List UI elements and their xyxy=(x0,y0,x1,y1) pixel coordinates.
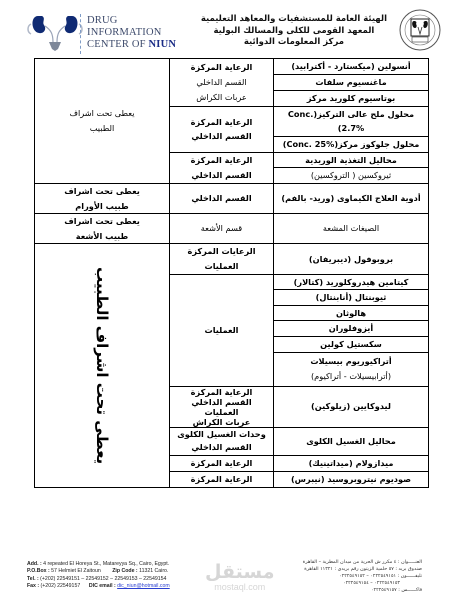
supervision-line: طبيب الأورام xyxy=(38,199,166,214)
department-cell: الرعاية المركزة xyxy=(170,455,274,471)
footer-fax-line: Fax : (+202) 22549157 DIC email : dic_ni… xyxy=(27,583,170,590)
watermark-arabic: مستقل xyxy=(205,562,275,582)
logo-accent: NIUN xyxy=(149,39,177,50)
table-row: أدوية العلاج الكيماوى (وريد- بالفم) القس… xyxy=(35,183,429,213)
logo-text: DRUG INFORMATION CENTER OF NIUN xyxy=(87,15,176,51)
email-link[interactable]: dic_niun@hotmail.com xyxy=(117,583,170,589)
supervision-line: طبيب الأشعة xyxy=(38,229,166,244)
drug-cell: صوديوم نيتروبروسيد (نيبرس) xyxy=(274,471,429,487)
footer-ar-line: صندوق بريد : ٥٧ حلمية الزيتون رقم بريدى … xyxy=(303,566,422,573)
drug-cell: ثيروكسين ( التروكسين) xyxy=(274,168,429,184)
drug-cell: أيزوفلوران xyxy=(274,321,429,337)
arabic-header-line-2: المعهد القومى للكلى والمسالك البولية xyxy=(201,26,387,38)
department-line: العمليات xyxy=(173,259,270,274)
department-cell: الرعاية المركزة القسم الداخلي xyxy=(170,106,274,152)
department-cell: الرعاية المركزة القسم الداخلي xyxy=(170,152,274,183)
zip-value: 11321 Cairo. xyxy=(138,568,169,574)
department-line: عربات الكراش xyxy=(173,90,270,105)
supervision-cell: يعطى تحت اشراف طبيب الأورام xyxy=(35,183,170,213)
drug-cell: ميدازولام (ميداتينيك) xyxy=(274,455,429,471)
supervision-line: يعطى تحت اشراف xyxy=(38,184,166,199)
table-row: الصيغات المشعة قسم الأشعة يعطى تحت اشراف… xyxy=(35,214,429,244)
footer-ar-line: تليفــــــون : ٠٢٢٢٥٤٩١٥١ – ٠٢٢٢٥٤٩١٥٢ xyxy=(303,573,422,580)
drug-cell: الصيغات المشعة xyxy=(274,214,429,244)
drug-cell: بوتاسيوم كلوريد مركز xyxy=(274,90,429,106)
department-line: الرعاية المركزة xyxy=(173,153,270,168)
footer-ar-line: ٠٢٢٢٥٤٩١٥٣ – ٠٢٢٢٥٤٩١٥٤ xyxy=(303,580,422,587)
watermark-english: mostaql.com xyxy=(205,582,275,592)
logo-line-3: CENTER OF NIUN xyxy=(87,39,176,51)
email-label: DIC email : xyxy=(89,583,116,589)
department-line: القسم الداخلي xyxy=(173,129,270,144)
footer-arabic-address: العنـــــوان : ٤ مكرر ش الحرية من ميدان … xyxy=(303,559,422,594)
department-line: وحدات الغسيل الكلوى xyxy=(173,428,270,441)
department-cell: قسم الأشعة xyxy=(170,214,274,244)
department-cell: الرعاية المركزة القسم الداخلي العمليات ع… xyxy=(170,386,274,427)
drug-cell: كيتامين هيدروكلوريد (كتالار) xyxy=(274,274,429,290)
drug-cell: أتراكيوريوم بيسيلات (أترابيسيلات - أتراك… xyxy=(274,352,429,386)
tel-label: Tel. : xyxy=(27,576,39,582)
table-row: بروبوفول (ديبريفان) الرعايات المركزة الع… xyxy=(35,244,429,274)
tel-value: (+202) 22549151 – 22549152 – 22549153 – … xyxy=(39,576,167,582)
supervision-cell: يعطى تحت اشراف طبيب الأشعة xyxy=(35,214,170,244)
fax-value: (+202) 22549157 xyxy=(39,583,80,589)
table-row: أنسولين (ميكستارد - أكترابيد) الرعاية ال… xyxy=(35,59,429,75)
footer-ar-line: فاكــــــس : ٠٢٢٢٥٤٩١٥٧ xyxy=(303,587,422,594)
department-line: الرعايات المركزة xyxy=(173,244,270,259)
document-header: DRUG INFORMATION CENTER OF NIUN الهيئة ا… xyxy=(0,0,465,56)
footer-address-line: Add. : 4 repeated El Horeya St., Matarey… xyxy=(27,561,170,568)
drug-cell: أدوية العلاج الكيماوى (وريد- بالفم) xyxy=(274,183,429,213)
footer-pobox-line: P.O.Box : 57 Helmiet El Zaitoun Zip Code… xyxy=(27,568,170,575)
pobox-label: P.O.Box : xyxy=(27,568,50,574)
drug-cell: هالوثان xyxy=(274,305,429,321)
department-cell: القسم الداخلي xyxy=(170,183,274,213)
drug-cell: محلول جلوكوز مركز(Conc. 25%) xyxy=(274,136,429,152)
supervision-vertical-text: يعطى تحت اشراف الطبيب xyxy=(92,267,112,464)
logo-line-3-text: CENTER OF xyxy=(87,39,149,50)
department-cell: العمليات xyxy=(170,274,274,386)
department-line: عربات الكراش xyxy=(173,417,270,427)
logo-divider xyxy=(80,14,81,54)
mostaql-watermark: مستقل mostaql.com xyxy=(205,562,275,592)
department-cell: الرعايات المركزة العمليات xyxy=(170,244,274,274)
department-line: القسم الداخلي xyxy=(173,168,270,183)
department-line: القسم الداخلي xyxy=(173,75,270,90)
drug-cell: ثيوبنتال (أنابنتال) xyxy=(274,290,429,306)
drug-cell: محلول ملح عالى التركيز(Conc. 2.7%) xyxy=(274,106,429,136)
footer-english-address: Add. : 4 repeated El Horeya St., Matarey… xyxy=(27,561,170,590)
logo-line-2: INFORMATION xyxy=(87,27,176,39)
drug-line: أتراكيوريوم بيسيلات xyxy=(277,354,425,369)
address-value: 4 repeated El Horeya St., Matareyya Sq.,… xyxy=(42,561,169,567)
drug-cell: ماغنسيوم سلفات xyxy=(274,75,429,91)
institute-seal-icon xyxy=(398,8,442,52)
department-line: العمليات xyxy=(173,407,270,417)
supervision-line: الطبيب xyxy=(38,121,166,136)
logo-line-1: DRUG xyxy=(87,15,176,27)
footer-tel-line: Tel. : (+202) 22549151 – 22549152 – 2254… xyxy=(27,576,170,583)
department-line: القسم الداخلي xyxy=(173,397,270,407)
drug-cell: بروبوفول (ديبريفان) xyxy=(274,244,429,274)
drug-cell: محاليل التغذية الوريدية xyxy=(274,152,429,168)
supervision-cell-vertical: يعطى تحت اشراف الطبيب xyxy=(35,244,170,487)
drug-line: (أترابيسيلات - أتراكيوم) xyxy=(277,369,425,384)
arabic-header-line-3: مركز المعلومات الدوائية xyxy=(201,37,387,49)
footer-ar-line: العنـــــوان : ٤ مكرر ش الحرية من ميدان … xyxy=(303,559,422,566)
arabic-header-line-1: الهيئة العامة للمستشفيات والمعاهد التعلي… xyxy=(201,14,387,26)
zip-label: Zip Code : xyxy=(112,568,137,574)
department-cell: الرعاية المركزة القسم الداخلي عربات الكر… xyxy=(170,59,274,107)
drug-cell: أنسولين (ميكستارد - أكترابيد) xyxy=(274,59,429,75)
kidney-logo-icon xyxy=(25,12,85,52)
high-alert-drugs-table: أنسولين (ميكستارد - أكترابيد) الرعاية ال… xyxy=(34,58,429,488)
pobox-value: 57 Helmiet El Zaitoun xyxy=(50,568,101,574)
department-line: القسم الداخلي xyxy=(173,441,270,454)
drug-cell: سكستيل كولين xyxy=(274,336,429,352)
supervision-line: يعطى تحت اشراف xyxy=(38,106,166,121)
department-line: الرعاية المركزة xyxy=(173,115,270,130)
department-cell: وحدات الغسيل الكلوى القسم الداخلي xyxy=(170,427,274,455)
fax-label: Fax : xyxy=(27,583,39,589)
department-line: الرعاية المركزة xyxy=(173,60,270,75)
department-line: الرعاية المركزة xyxy=(173,387,270,397)
supervision-line: يعطى تحت اشراف xyxy=(38,214,166,229)
drug-cell: ليدوكايين (زيلوكين) xyxy=(274,386,429,427)
arabic-header: الهيئة العامة للمستشفيات والمعاهد التعلي… xyxy=(201,14,387,49)
drug-cell: محاليل الغسيل الكلوى xyxy=(274,427,429,455)
supervision-cell: يعطى تحت اشراف الطبيب xyxy=(35,59,170,184)
department-cell: الرعاية المركزة xyxy=(170,471,274,487)
vertical-wrap: يعطى تحت اشراف الطبيب xyxy=(38,267,166,464)
address-label: Add. : xyxy=(27,561,42,567)
